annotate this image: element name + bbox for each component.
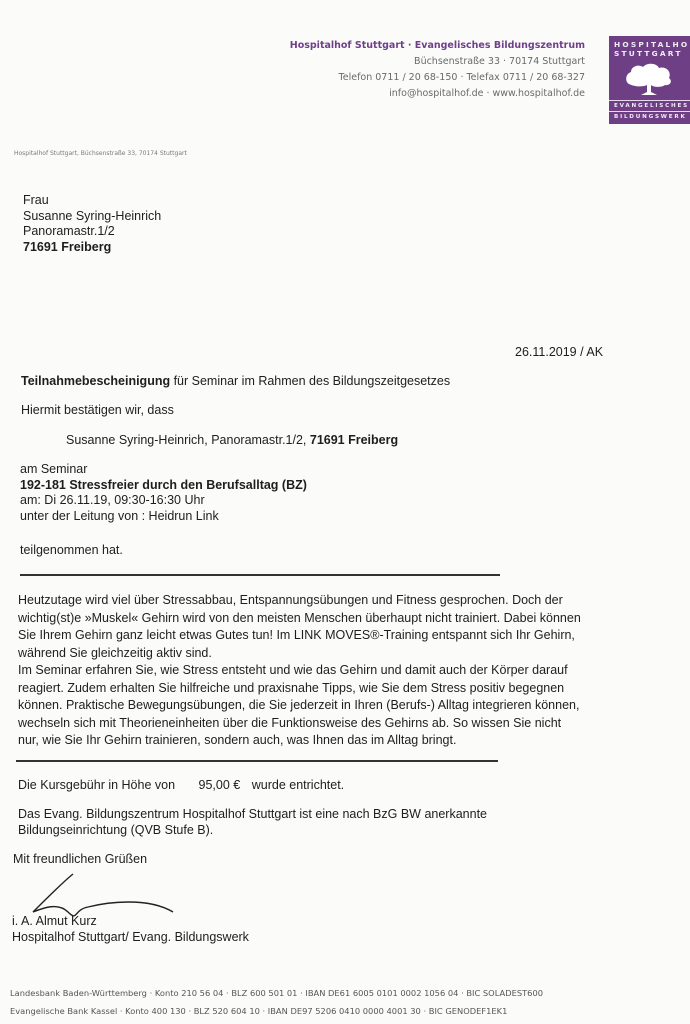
participant-line: Susanne Syring-Heinrich, Panoramastr.1/2…: [66, 433, 398, 449]
recipient-city: 71691 Freiberg: [23, 240, 161, 256]
organization-web: info@hospitalhof.de · www.hospitalhof.de: [290, 86, 585, 102]
participant-city: 71691 Freiberg: [310, 433, 398, 447]
signatory-name: i. A. Almut Kurz: [12, 914, 249, 930]
seminar-title: 192-181 Stressfreier durch den Berufsall…: [20, 478, 307, 494]
fee-amount: 95,00 €: [199, 778, 241, 792]
divider: [20, 574, 500, 576]
logo-line-2: STUTTGART: [609, 49, 690, 58]
seminar-description: Heutzutage wird viel über Stressabbau, E…: [18, 592, 618, 750]
description-line: Sie Ihrem Gehirn ganz leicht etwas Gutes…: [18, 627, 618, 645]
fee-line: Die Kursgebühr in Höhe von 95,00 € wurde…: [18, 778, 344, 794]
description-line: während Sie gleichzeitig aktiv sind.: [18, 645, 618, 663]
recipient-street: Panoramastr.1/2: [23, 224, 161, 240]
closing: Mit freundlichen Grüßen: [13, 852, 147, 868]
organization-name: Hospitalhof Stuttgart · Evangelisches Bi…: [290, 38, 585, 54]
signature-block: i. A. Almut Kurz Hospitalhof Stuttgart/ …: [12, 914, 249, 945]
recipient-address: Frau Susanne Syring-Heinrich Panoramastr…: [23, 193, 161, 255]
confirm-intro: Hiermit bestätigen wir, dass: [21, 403, 174, 419]
letterhead-contact: Hospitalhof Stuttgart · Evangelisches Bi…: [290, 38, 585, 102]
signatory-org: Hospitalhof Stuttgart/ Evang. Bildungswe…: [12, 930, 249, 946]
fee-suffix: wurde entrichtet.: [252, 778, 344, 792]
subject-rest: für Seminar im Rahmen des Bildungszeitge…: [170, 374, 450, 388]
seminar-leader: unter der Leitung von : Heidrun Link: [20, 509, 307, 525]
sender-line: Hospitalhof Stuttgart, Büchsenstraße 33,…: [14, 150, 187, 157]
seminar-label: am Seminar: [20, 462, 307, 478]
description-line: können. Praktische Bewegungsübungen, die…: [18, 697, 618, 715]
description-line: wechseln sich mit Theorieneinheiten über…: [18, 715, 618, 733]
seminar-date: am: Di 26.11.19, 09:30-16:30 Uhr: [20, 493, 307, 509]
divider: [16, 760, 498, 762]
logo-line-1: HOSPITALHOF: [609, 40, 690, 49]
accreditation: Das Evang. Bildungszentrum Hospitalhof S…: [18, 807, 487, 838]
tree-icon: [623, 62, 675, 98]
bank-line: Landesbank Baden-Württemberg · Konto 210…: [10, 984, 543, 1002]
bank-line: Evangelische Bank Kassel · Konto 400 130…: [10, 1002, 543, 1020]
organization-street: Büchsenstraße 33 · 70174 Stuttgart: [290, 54, 585, 70]
description-line: nur, wie Sie Ihr Gehirn trainieren, sond…: [18, 732, 618, 750]
description-line: reagiert. Zudem erhalten Sie hilfreiche …: [18, 680, 618, 698]
accreditation-line: Bildungseinrichtung (QVB Stufe B).: [18, 823, 487, 839]
fee-label: Die Kursgebühr in Höhe von: [18, 778, 175, 792]
description-line: Im Seminar erfahren Sie, wie Stress ents…: [18, 662, 618, 680]
description-line: Heutzutage wird viel über Stressabbau, E…: [18, 592, 618, 610]
subject-bold: Teilnahmebescheinigung: [21, 374, 170, 388]
logo-band-1: EVANGELISCHES: [609, 100, 690, 111]
participant-name-street: Susanne Syring-Heinrich, Panoramastr.1/2…: [66, 433, 310, 447]
hospitalhof-logo: HOSPITALHOF STUTTGART EVANGELISCHES BILD…: [609, 36, 690, 124]
recipient-salutation: Frau: [23, 193, 161, 209]
logo-band-2: BILDUNGSWERK: [609, 111, 690, 122]
subject-line: Teilnahmebescheinigung für Seminar im Ra…: [21, 374, 450, 390]
description-line: wichtig(st)e »Muskel« Gehirn wird von de…: [18, 610, 618, 628]
accreditation-line: Das Evang. Bildungszentrum Hospitalhof S…: [18, 807, 487, 823]
participated-text: teilgenommen hat.: [20, 543, 123, 559]
organization-phone: Telefon 0711 / 20 68-150 · Telefax 0711 …: [290, 70, 585, 86]
date-reference: 26.11.2019 / AK: [515, 345, 603, 359]
recipient-name: Susanne Syring-Heinrich: [23, 209, 161, 225]
seminar-block: am Seminar 192-181 Stressfreier durch de…: [20, 462, 307, 524]
bank-details: Landesbank Baden-Württemberg · Konto 210…: [10, 984, 543, 1020]
